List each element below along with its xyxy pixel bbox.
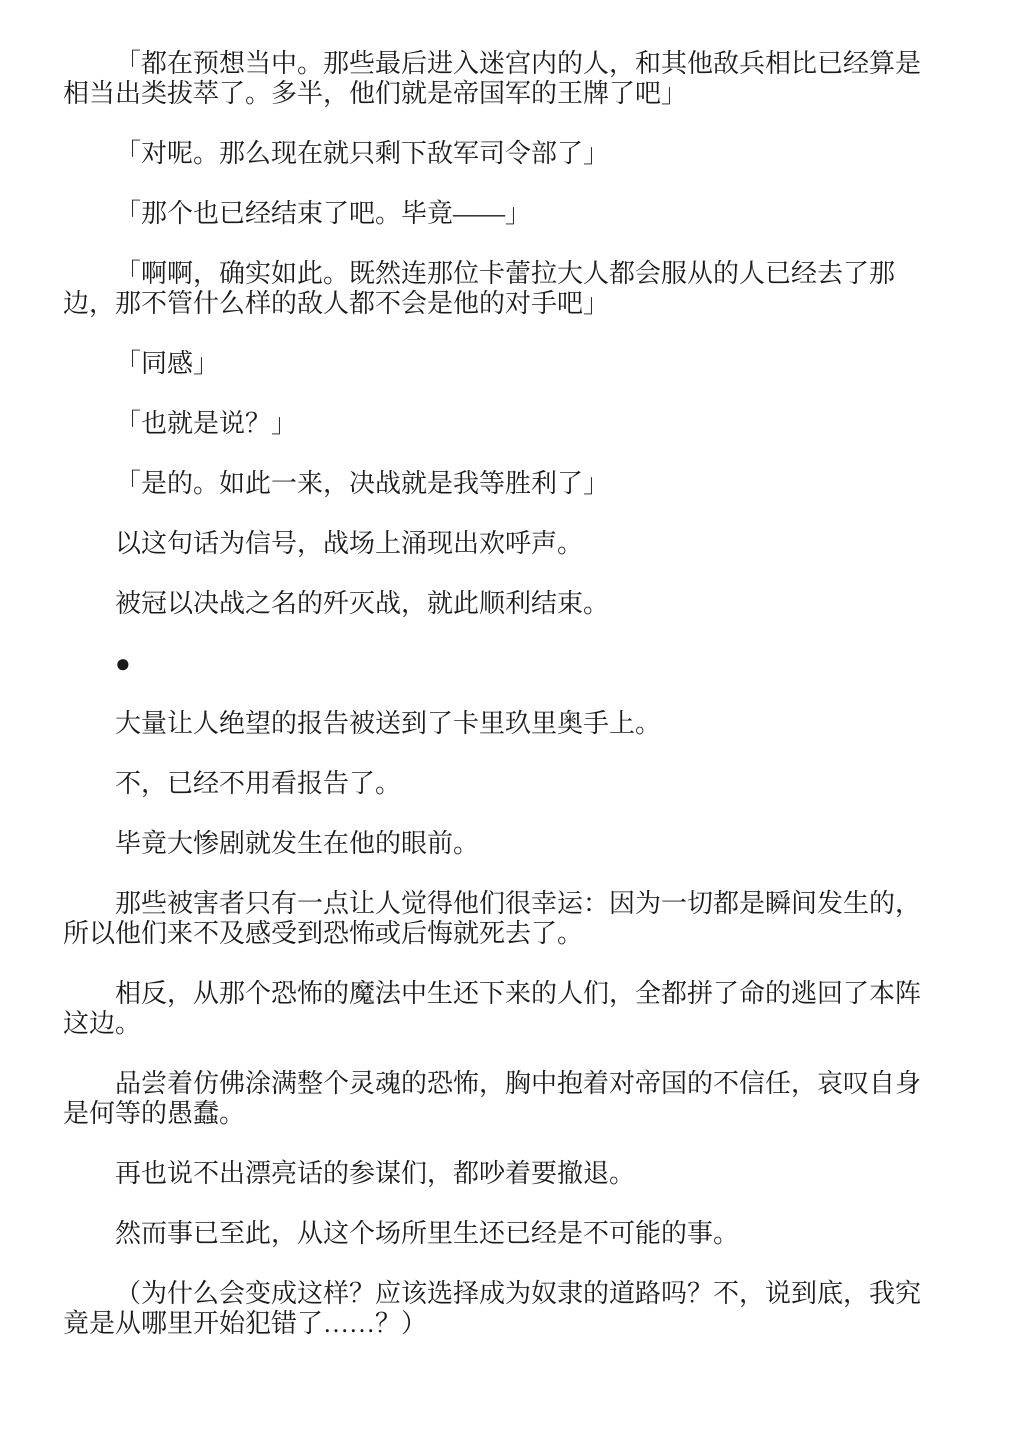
- paragraph-line: 「也就是说？」: [63, 409, 937, 439]
- paragraph: 那些被害者只有一点让人觉得他们很幸运：因为一切都是瞬间发生的，所以他们来不及感受…: [63, 889, 937, 949]
- paragraph: 然而事已至此，从这个场所里生还已经是不可能的事。: [63, 1219, 937, 1249]
- paragraph: 「也就是说？」: [63, 409, 937, 439]
- paragraph-line: 「同感」: [63, 349, 937, 379]
- paragraph-line: 所以他们来不及感受到恐怖或后悔就死去了。: [63, 919, 937, 949]
- scene-separator: ●: [63, 649, 937, 679]
- paragraph: 「啊啊，确实如此。既然连那位卡蕾拉大人都会服从的人已经去了那边，那不管什么样的敌…: [63, 259, 937, 319]
- paragraph: 「对呢。那么现在就只剩下敌军司令部了」: [63, 139, 937, 169]
- paragraph-line: 「是的。如此一来，决战就是我等胜利了」: [63, 469, 937, 499]
- document-body: 「都在预想当中。那些最后进入迷宫内的人，和其他敌兵相比已经算是相当出类拔萃了。多…: [0, 0, 1017, 1437]
- paragraph-line: 再也说不出漂亮话的参谋们，都吵着要撤退。: [63, 1159, 937, 1189]
- document-page: 「都在预想当中。那些最后进入迷宫内的人，和其他敌兵相比已经算是相当出类拔萃了。多…: [0, 0, 1017, 1437]
- paragraph-line: 「都在预想当中。那些最后进入迷宫内的人，和其他敌兵相比已经算是: [63, 49, 937, 79]
- paragraph-line: 大量让人绝望的报告被送到了卡里玖里奥手上。: [63, 709, 937, 739]
- paragraph: 不，已经不用看报告了。: [63, 769, 937, 799]
- paragraph-line: 不，已经不用看报告了。: [63, 769, 937, 799]
- paragraph-line: 「啊啊，确实如此。既然连那位卡蕾拉大人都会服从的人已经去了那: [63, 259, 937, 289]
- paragraph-line: 那些被害者只有一点让人觉得他们很幸运：因为一切都是瞬间发生的，: [63, 889, 937, 919]
- paragraph: 品尝着仿佛涂满整个灵魂的恐怖，胸中抱着对帝国的不信任，哀叹自身是何等的愚蠢。: [63, 1069, 937, 1129]
- paragraph-line: 被冠以决战之名的歼灭战，就此顺利结束。: [63, 589, 937, 619]
- paragraph: 「那个也已经结束了吧。毕竟——」: [63, 199, 937, 229]
- paragraph-line: 边，那不管什么样的敌人都不会是他的对手吧」: [63, 289, 937, 319]
- paragraph-line: 「那个也已经结束了吧。毕竟——」: [63, 199, 937, 229]
- paragraph-line: 毕竟大惨剧就发生在他的眼前。: [63, 829, 937, 859]
- paragraph: 毕竟大惨剧就发生在他的眼前。: [63, 829, 937, 859]
- paragraph: 相反，从那个恐怖的魔法中生还下来的人们，全都拼了命的逃回了本阵这边。: [63, 979, 937, 1039]
- paragraph: （为什么会变成这样？应该选择成为奴隶的道路吗？不，说到底，我究竟是从哪里开始犯错…: [63, 1279, 937, 1339]
- paragraph-line: 以这句话为信号，战场上涌现出欢呼声。: [63, 529, 937, 559]
- paragraph-line: 「对呢。那么现在就只剩下敌军司令部了」: [63, 139, 937, 169]
- paragraph-line: 然而事已至此，从这个场所里生还已经是不可能的事。: [63, 1219, 937, 1249]
- scene-separator-bullet: ●: [63, 649, 937, 679]
- paragraph-line: 是何等的愚蠢。: [63, 1099, 937, 1129]
- paragraph: 「同感」: [63, 349, 937, 379]
- paragraph: 再也说不出漂亮话的参谋们，都吵着要撤退。: [63, 1159, 937, 1189]
- paragraph: 以这句话为信号，战场上涌现出欢呼声。: [63, 529, 937, 559]
- paragraph: 「都在预想当中。那些最后进入迷宫内的人，和其他敌兵相比已经算是相当出类拔萃了。多…: [63, 49, 937, 109]
- paragraph-line: 这边。: [63, 1009, 937, 1039]
- paragraph: 被冠以决战之名的歼灭战，就此顺利结束。: [63, 589, 937, 619]
- paragraph-line: 相当出类拔萃了。多半，他们就是帝国军的王牌了吧」: [63, 79, 937, 109]
- paragraph-line: 品尝着仿佛涂满整个灵魂的恐怖，胸中抱着对帝国的不信任，哀叹自身: [63, 1069, 937, 1099]
- paragraph: 「是的。如此一来，决战就是我等胜利了」: [63, 469, 937, 499]
- paragraph-line: 竟是从哪里开始犯错了……？）: [63, 1309, 937, 1339]
- paragraph-line: （为什么会变成这样？应该选择成为奴隶的道路吗？不，说到底，我究: [63, 1279, 937, 1309]
- paragraph-line: 相反，从那个恐怖的魔法中生还下来的人们，全都拼了命的逃回了本阵: [63, 979, 937, 1009]
- paragraph: 大量让人绝望的报告被送到了卡里玖里奥手上。: [63, 709, 937, 739]
